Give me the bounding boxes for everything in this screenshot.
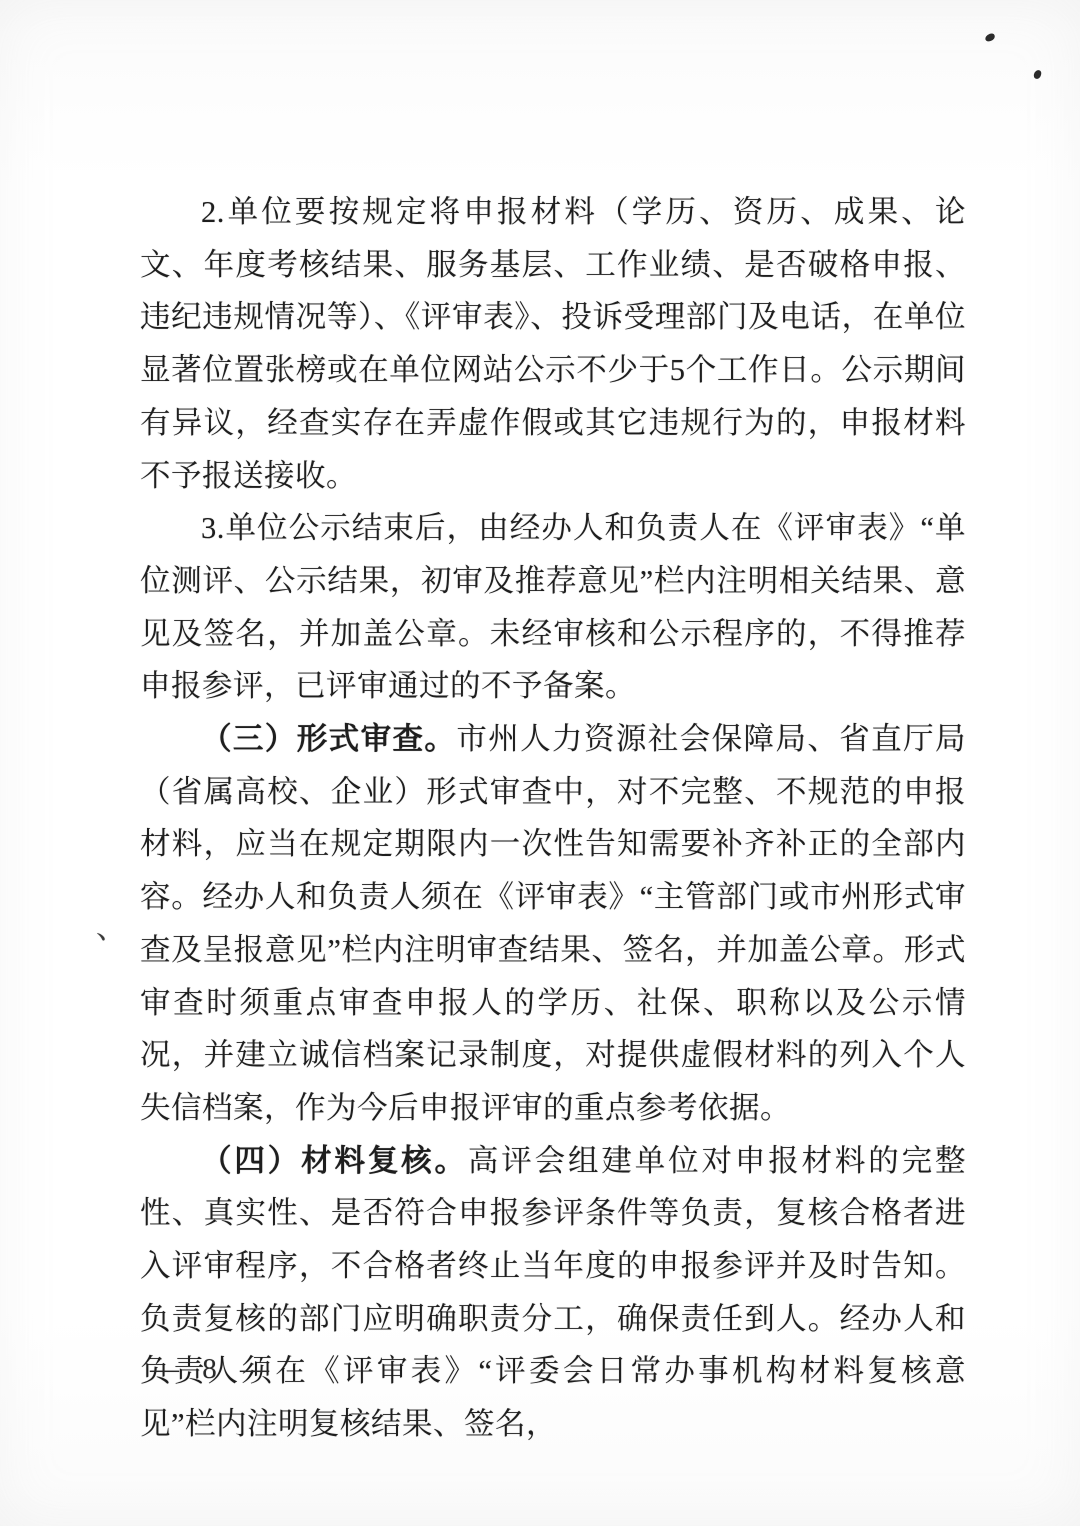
ink-speck: [984, 33, 996, 43]
body-text-run: 3.单位公示结束后，由经办人和负责人在《评审表》“单位测评、公示结果，初审及推荐…: [140, 511, 966, 703]
document-body: 2.单位要按规定将申报材料（学历、资历、成果、论文、年度考核结果、服务基层、工作…: [140, 186, 966, 1451]
section-heading-run: （四）材料复核。: [201, 1144, 468, 1178]
paragraph-item-3: 3.单位公示结束后，由经办人和负责人在《评审表》“单位测评、公示结果，初审及推荐…: [140, 502, 966, 713]
section-heading-run: （三）形式审查。: [201, 722, 456, 756]
page-number: — 8 —: [150, 1353, 277, 1386]
paragraph-item-2: 2.单位要按规定将申报材料（学历、资历、成果、论文、年度考核结果、服务基层、工作…: [140, 186, 966, 502]
stray-punctuation-mark: 、: [96, 903, 126, 947]
body-text-run: 市州人力资源社会保障局、省直厅局（省属高校、企业）形式审查中，对不完整、不规范的…: [140, 722, 966, 1125]
body-text-run: 2.单位要按规定将申报材料（学历、资历、成果、论文、年度考核结果、服务基层、工作…: [140, 195, 966, 493]
body-text-run: 高评会组建单位对申报材料的完整性、真实性、是否符合申报参评条件等负责，复核合格者…: [140, 1144, 966, 1442]
paragraph-section-4: （四）材料复核。高评会组建单位对申报材料的完整性、真实性、是否符合申报参评条件等…: [140, 1135, 966, 1451]
paragraph-section-3: （三）形式审查。市州人力资源社会保障局、省直厅局（省属高校、企业）形式审查中，对…: [140, 713, 966, 1135]
scanned-document-page: 2.单位要按规定将申报材料（学历、资历、成果、论文、年度考核结果、服务基层、工作…: [0, 0, 1080, 1526]
ink-speck: [1033, 69, 1042, 80]
